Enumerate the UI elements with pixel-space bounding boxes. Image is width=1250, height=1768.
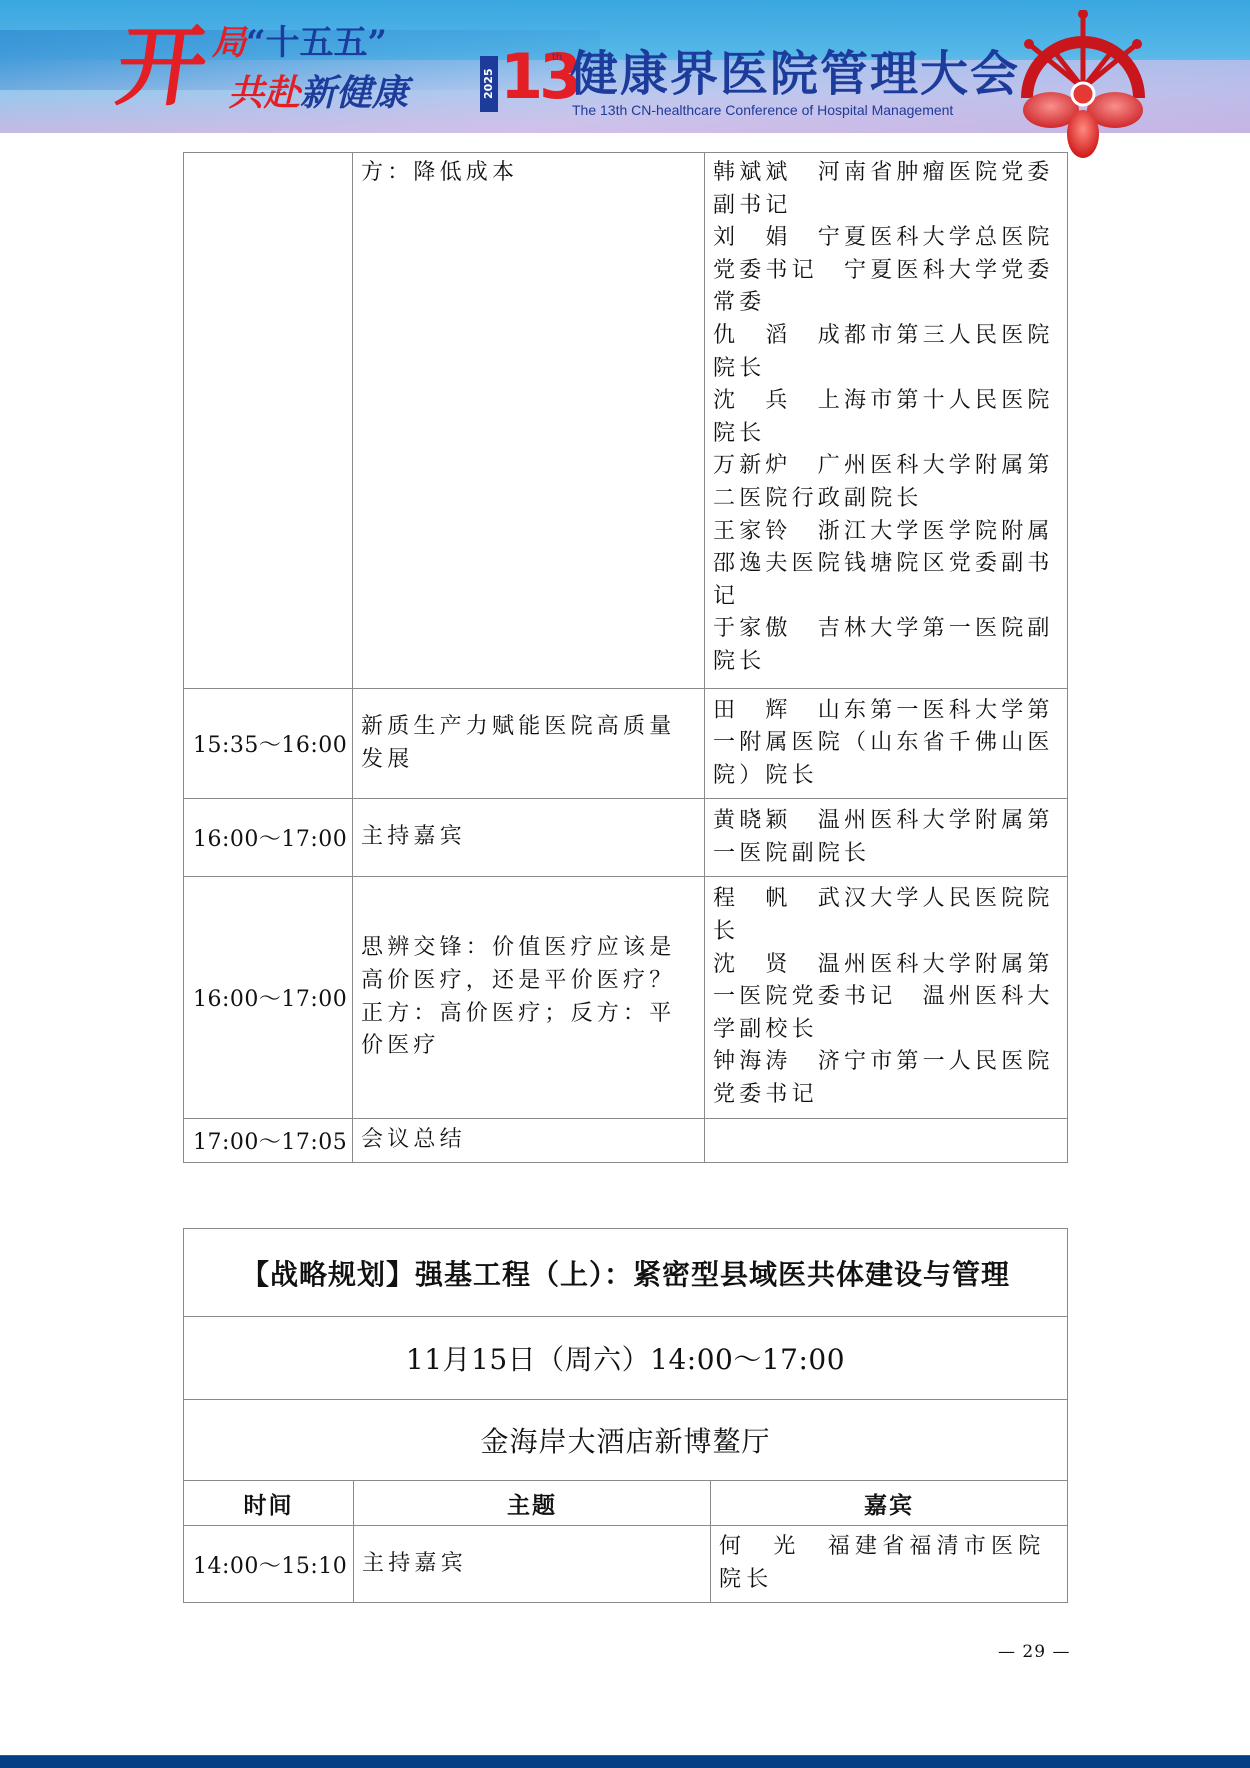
- agenda-table-continued: 方：降低成本 韩斌斌 河南省肿瘤医院党委副书记 刘 娟 宁夏医科大学总医院党委书…: [183, 152, 1068, 1163]
- session-date-row: 11月15日（周六）14:00～17:00: [184, 1317, 1068, 1400]
- topic-cell: 新质生产力赋能医院高质量发展: [353, 689, 705, 799]
- guests-cell: 田 辉 山东第一医科大学第一附属医院（山东省千佛山医院）院长: [705, 689, 1068, 799]
- conference-subtitle: The 13th CN-healthcare Conference of Hos…: [572, 102, 953, 118]
- header-time: 时间: [184, 1481, 354, 1526]
- slogan-quote: “十五五”: [246, 23, 387, 63]
- guests-cell: [705, 1119, 1068, 1163]
- session-title: 【战略规划】强基工程（上）：紧密型县域医共体建设与管理: [184, 1229, 1068, 1317]
- slogan-line-1: 局“十五五”: [212, 26, 387, 60]
- topic-cell: 主持嘉宾: [353, 799, 705, 877]
- guests-cell: 韩斌斌 河南省肿瘤医院党委副书记 刘 娟 宁夏医科大学总医院党委书记 宁夏医科大…: [705, 153, 1068, 689]
- conference-banner: 开 局“十五五” 共赴新健康 2025 13 th 健康界医院管理大会 The …: [0, 0, 1250, 133]
- session-date: 11月15日（周六）14:00～17:00: [184, 1317, 1068, 1400]
- table-row: 方：降低成本 韩斌斌 河南省肿瘤医院党委副书记 刘 娟 宁夏医科大学总医院党委书…: [184, 153, 1068, 689]
- topic-cell: 会议总结: [353, 1119, 705, 1163]
- time-cell: 14:00～15:10: [184, 1526, 354, 1603]
- topic-cell: 主持嘉宾: [354, 1526, 711, 1603]
- topic-cell: 思辨交锋：价值医疗应该是高价医疗，还是平价医疗？正方：高价医疗；反方：平价医疗: [353, 877, 705, 1119]
- table-header-row: 时间 主题 嘉宾: [184, 1481, 1068, 1526]
- session-venue-row: 金海岸大酒店新博鳌厅: [184, 1400, 1068, 1481]
- guests-cell: 何 光 福建省福清市医院院长: [711, 1526, 1068, 1603]
- session-venue: 金海岸大酒店新博鳌厅: [184, 1400, 1068, 1481]
- session-title-row: 【战略规划】强基工程（上）：紧密型县域医共体建设与管理: [184, 1229, 1068, 1317]
- slogan-red-part: 共赴: [228, 72, 300, 114]
- edition-logo: 2025 13 th: [480, 52, 550, 114]
- table-row: 16:00～17:00 主持嘉宾 黄晓颖 温州医科大学附属第一医院副院长: [184, 799, 1068, 877]
- header-guests: 嘉宾: [711, 1481, 1068, 1526]
- table-row: 16:00～17:00 思辨交锋：价值医疗应该是高价医疗，还是平价医疗？正方：高…: [184, 877, 1068, 1119]
- slogan-big-char: 开: [112, 22, 212, 110]
- slogan-ju: 局: [212, 23, 246, 63]
- table-row: 14:00～15:10 主持嘉宾 何 光 福建省福清市医院院长: [184, 1526, 1068, 1603]
- session-table: 【战略规划】强基工程（上）：紧密型县域医共体建设与管理 11月15日（周六）14…: [183, 1228, 1068, 1603]
- topic-cell: 方：降低成本: [353, 153, 705, 689]
- time-cell: [184, 153, 353, 689]
- logo-year: 2025: [480, 56, 498, 112]
- page-number: — 29 —: [998, 1642, 1070, 1662]
- ship-wheel-propeller-icon: [1015, 10, 1150, 158]
- time-cell: 16:00～17:00: [184, 799, 353, 877]
- guests-cell: 程 帆 武汉大学人民医院院长 沈 贤 温州医科大学附属第一医院党委书记 温州医科…: [705, 877, 1068, 1119]
- header-topic: 主题: [354, 1481, 711, 1526]
- logo-suffix: th: [552, 52, 562, 63]
- conference-title: 健康界医院管理大会: [570, 50, 1020, 98]
- footer-bar: [0, 1755, 1250, 1768]
- logo-number: 13: [500, 46, 578, 108]
- guests-cell: 黄晓颖 温州医科大学附属第一医院副院长: [705, 799, 1068, 877]
- table-row: 17:00～17:05 会议总结: [184, 1119, 1068, 1163]
- time-cell: 17:00～17:05: [184, 1119, 353, 1163]
- time-cell: 15:35～16:00: [184, 689, 353, 799]
- slogan-line-2: 共赴新健康: [228, 75, 408, 111]
- time-cell: 16:00～17:00: [184, 877, 353, 1119]
- table-row: 15:35～16:00 新质生产力赋能医院高质量发展 田 辉 山东第一医科大学第…: [184, 689, 1068, 799]
- slogan-blue-part: 新健康: [300, 72, 408, 114]
